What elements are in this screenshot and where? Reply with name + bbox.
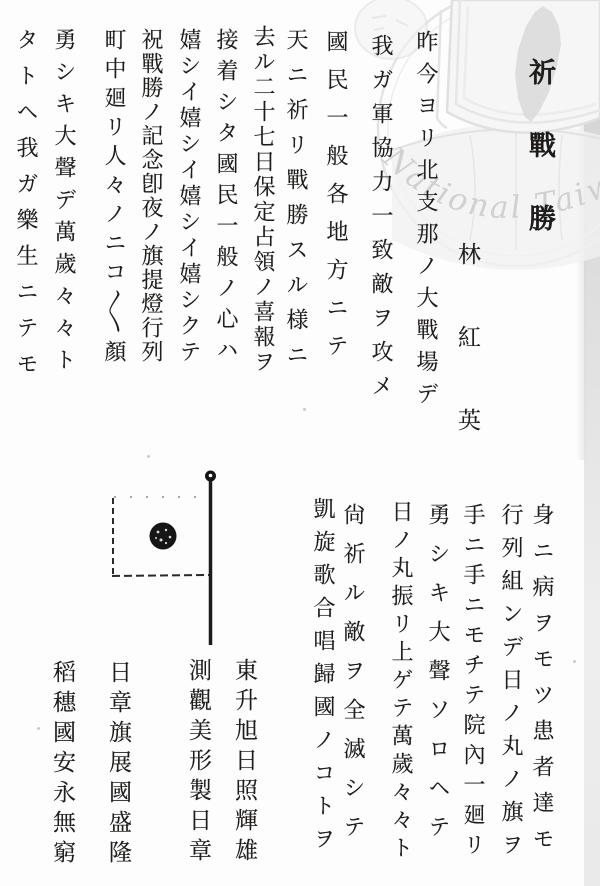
hinomaru-flag-illustration — [80, 452, 240, 667]
scan-speck — [303, 408, 306, 411]
stanza2-line-7: 凱旋歌合唱歸國ノコトヲ — [311, 497, 333, 860]
stanza1-line-7: 嬉シイ嬉シイ嬉シイ嬉シクテ — [177, 28, 199, 366]
stanza1-line-10: 勇シキ大聲デ萬歲々々ト — [52, 28, 74, 380]
scan-speck — [37, 727, 40, 730]
verse-line-1: 東升旭日照輝雄 — [232, 658, 255, 868]
stanza2-line-3: 手ニ手ニモチテ院內一廻リ — [461, 503, 483, 863]
stanza2-line-2: 行列組ンデ日ノ丸ノ旗ヲ — [499, 503, 521, 866]
scanned-document-page: National Taiwan 祈戰勝 林紅英 昨今ヨリ北支那ノ大戰場デ 我ガ軍… — [0, 0, 600, 886]
poem-author: 林紅英 — [455, 242, 478, 491]
verse-line-3: 日章旗展國盛隆 — [106, 660, 129, 870]
stanza1-line-3: 國民一般各地方ニテ — [324, 30, 346, 372]
stanza2-line-6: 尙祈ル敵ヲ全滅シテ — [341, 503, 363, 854]
hinomaru-disc — [150, 523, 177, 550]
stanza1-line-6: 接着シタ國民一般ノ心ハ — [214, 28, 236, 369]
stanza1-line-8: 祝戰勝ノ記念卽夜ノ旗提燈行列 — [139, 28, 161, 364]
poem-title: 祈戰勝 — [526, 58, 553, 277]
stanza2-line-1: 身ニ病ヲモツ患者達モ — [530, 503, 552, 863]
scan-speck — [147, 455, 150, 458]
verse-line-2: 測觀美形製日章 — [186, 658, 209, 868]
stanza1-line-4: 天ニ祈リ戰勝スル様ニ — [284, 28, 306, 378]
verse-line-4: 稻穗國安永無窮 — [50, 660, 73, 870]
stanza1-line-2: 我ガ軍協力一致敵ヲ攻メ — [369, 34, 391, 408]
stanza1-line-5: 去ル二十七日保定占領ノ喜報ヲ — [251, 25, 273, 375]
stanza1-line-9: 町中廻リ人々ノニコ〳〵顏 — [102, 28, 124, 369]
stanza2-line-4: 勇シキ大聲ソロヘテ — [426, 503, 448, 854]
flag-bottom-edge — [112, 575, 209, 576]
stanza1-line-11: タトヘ我ガ樂生ニテモ — [14, 28, 36, 388]
scan-speck — [573, 660, 576, 663]
stanza1-line-1: 昨今ヨリ北支那ノ大戰場デ — [414, 30, 436, 414]
stanza2-line-5: 日ノ丸振リ上ゲテ萬歲々々ト — [389, 500, 411, 864]
flag-finial-highlight — [209, 474, 213, 478]
